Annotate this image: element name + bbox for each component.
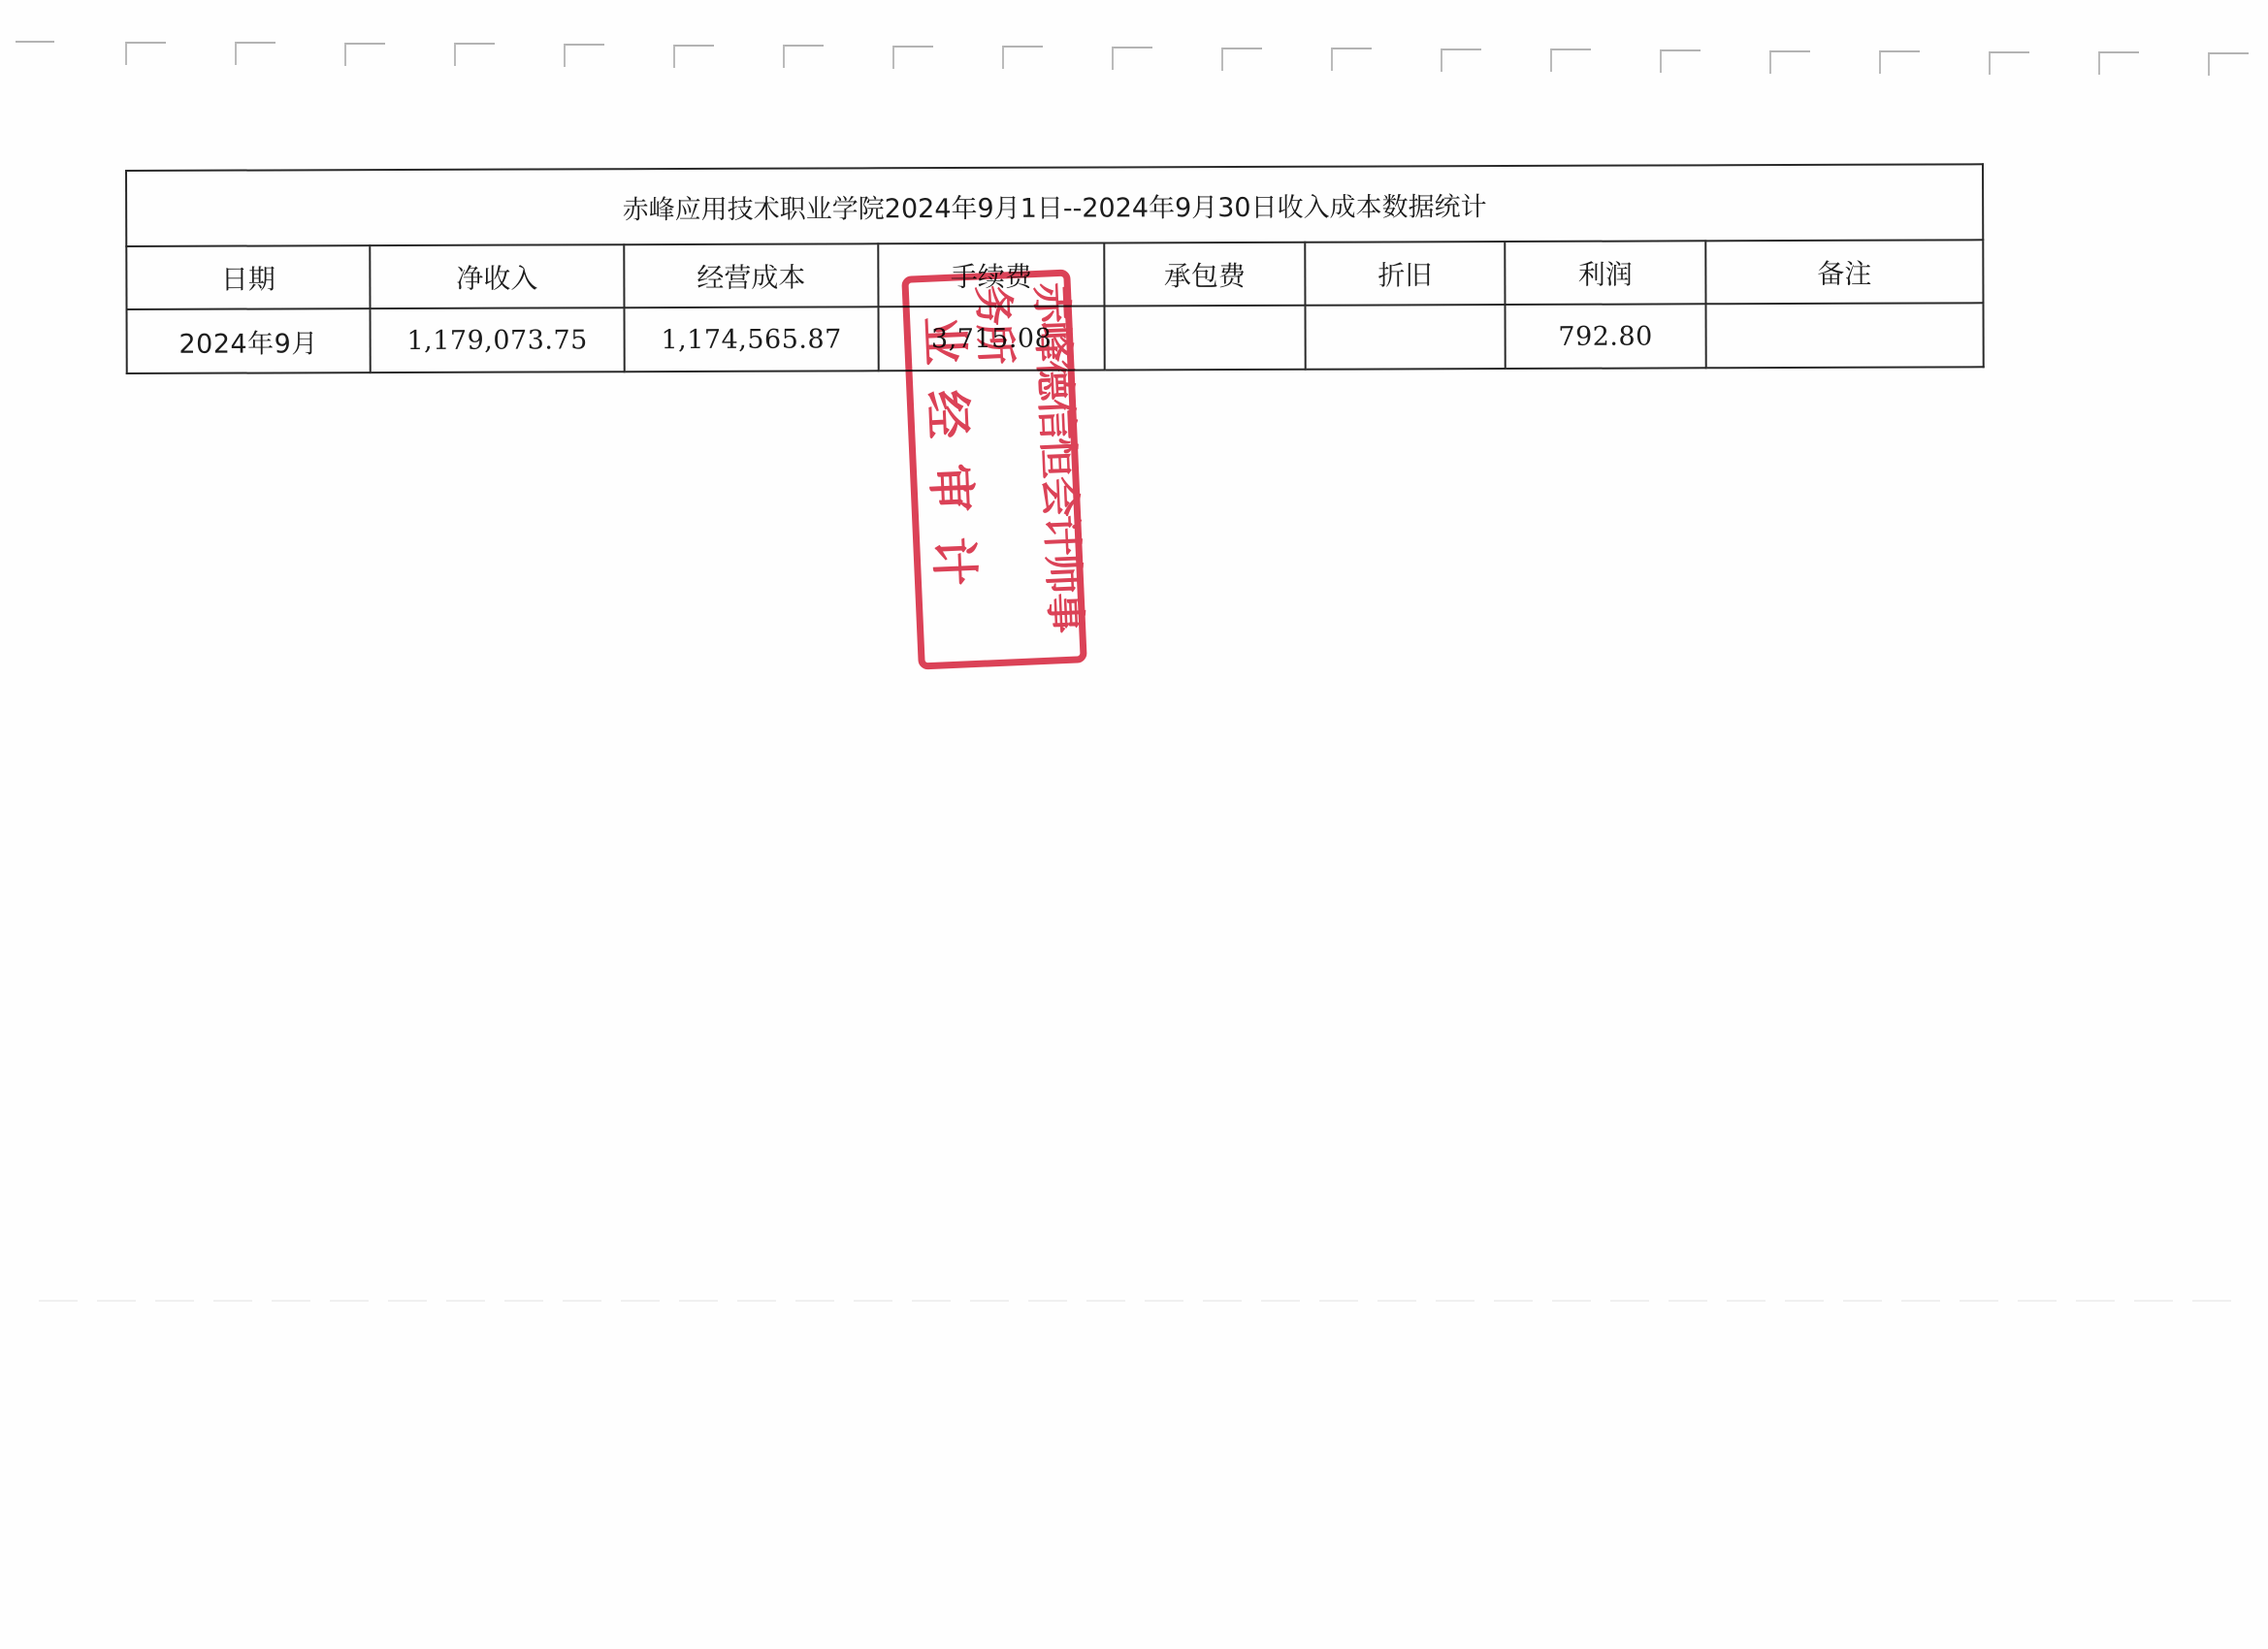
punch-mark (1002, 46, 1043, 69)
cell-contract-fee (1104, 306, 1305, 371)
punch-mark (235, 42, 275, 65)
cell-net-income: 1,179,073.75 (371, 307, 625, 372)
punch-mark (344, 43, 385, 66)
punch-mark (892, 46, 933, 69)
punch-mark (16, 41, 54, 64)
punch-mark (564, 44, 604, 67)
punch-mark (1989, 51, 2029, 75)
punch-mark (783, 45, 824, 68)
punch-mark (1879, 50, 1920, 74)
cell-date: 2024年9月 (127, 308, 371, 373)
binding-punch-marks (0, 0, 2268, 87)
punch-mark (2098, 51, 2139, 75)
punch-mark (1660, 49, 1701, 73)
punch-mark (1221, 48, 1262, 71)
punch-mark (1769, 50, 1810, 74)
column-header-contract-fee: 承包费 (1104, 242, 1305, 307)
column-header-date: 日期 (126, 245, 370, 309)
stamp-audited-text: 业经审计 (917, 286, 991, 657)
punch-mark (125, 42, 166, 65)
column-header-depreciation: 折旧 (1305, 242, 1505, 306)
column-header-net-income: 净收入 (370, 244, 624, 308)
punch-mark (2208, 52, 2249, 76)
cell-depreciation (1305, 305, 1505, 370)
column-header-remarks: 备注 (1705, 240, 1983, 304)
column-header-operating-cost: 经营成本 (624, 243, 878, 307)
punch-mark (454, 43, 495, 66)
cell-remarks (1705, 303, 1983, 368)
punch-mark (1331, 48, 1372, 71)
punch-mark (673, 45, 714, 68)
cell-profit: 792.80 (1505, 304, 1705, 369)
punch-mark (1441, 48, 1481, 72)
cell-operating-cost: 1,174,565.87 (624, 307, 878, 372)
audit-stamp: 赤峰德信恒会计师事务所 业经审计 (901, 269, 1087, 669)
scan-bleed-through-line (39, 1300, 2231, 1302)
punch-mark (1550, 48, 1591, 72)
column-header-profit: 利润 (1505, 241, 1705, 305)
table-title: 赤峰应用技术职业学院2024年9月1日--2024年9月30日收入成本数据统计 (126, 164, 1983, 246)
stamp-firm-name: 赤峰德信恒会计师事务所 (990, 282, 1075, 654)
punch-mark (1112, 47, 1152, 70)
